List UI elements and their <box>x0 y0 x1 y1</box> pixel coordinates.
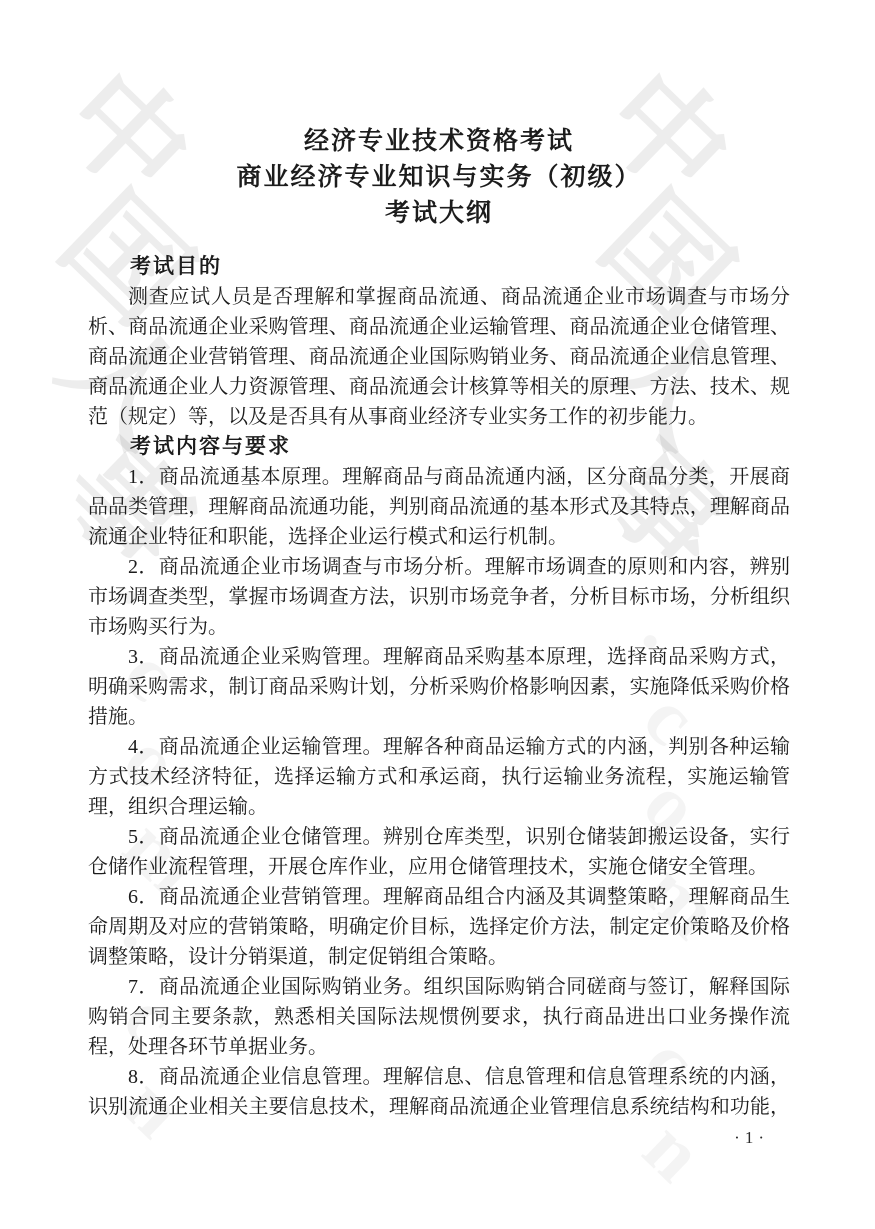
exam-purpose-paragraph: 测查应试人员是否理解和掌握商品流通、商品流通企业市场调查与市场分析、商品流通企业… <box>88 282 790 432</box>
content-item-6: 6．商品流通企业营销管理。理解商品组合内涵及其调整策略，理解商品生命周期及对应的… <box>88 882 790 972</box>
content-item-7: 7．商品流通企业国际购销业务。组织国际购销合同磋商与签订，解释国际购销合同主要条… <box>88 972 790 1062</box>
title-block: 经济专业技术资格考试 商业经济专业知识与实务（初级） 考试大纲 <box>88 124 790 232</box>
content-item-4: 4．商品流通企业运输管理。理解各种商品运输方式的内涵，判别各种运输方式技术经济特… <box>88 732 790 822</box>
title-line-3: 考试大纲 <box>88 196 790 232</box>
content-item-8: 8．商品流通企业信息管理。理解信息、信息管理和信息管理系统的内涵，识别流通企业相… <box>88 1062 790 1122</box>
content-item-1: 1．商品流通基本原理。理解商品与商品流通内涵，区分商品分类，开展商品品类管理，理… <box>88 462 790 552</box>
content-item-3: 3．商品流通企业采购管理。理解商品采购基本原理，选择商品采购方式，明确采购需求，… <box>88 642 790 732</box>
document-page: 中国人事 中国人事 .com.cn .com.cn 经济专业技术资格考试 商业经… <box>0 0 875 1229</box>
document-body: 考试目的 测查应试人员是否理解和掌握商品流通、商品流通企业市场调查与市场分析、商… <box>88 252 790 1122</box>
title-line-2: 商业经济专业知识与实务（初级） <box>88 160 790 196</box>
section-heading-exam-content: 考试内容与要求 <box>88 432 790 462</box>
content-item-2: 2．商品流通企业市场调查与市场分析。理解市场调查的原则和内容，辨别市场调查类型，… <box>88 552 790 642</box>
title-line-1: 经济专业技术资格考试 <box>88 124 790 160</box>
section-heading-exam-purpose: 考试目的 <box>88 252 790 282</box>
page-number: ·1· <box>734 1128 769 1148</box>
content-item-5: 5．商品流通企业仓储管理。辨别仓库类型，识别仓储装卸搬运设备，实行仓储作业流程管… <box>88 822 790 882</box>
